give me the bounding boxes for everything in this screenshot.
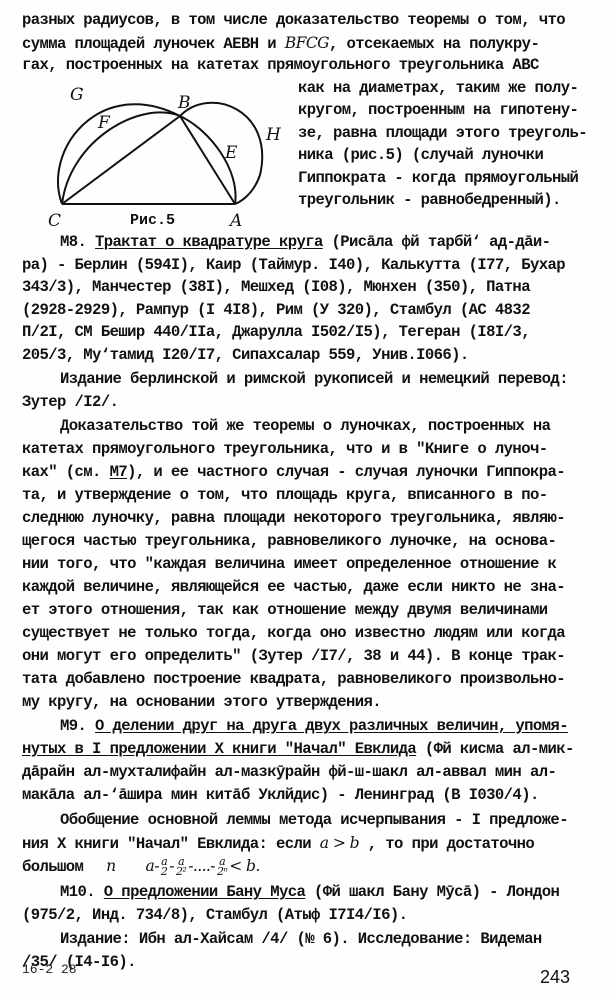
handwritten-label: BFCG bbox=[285, 34, 329, 52]
series-formula: a-a2-a2²-....-a2ⁿ< b. bbox=[146, 857, 260, 875]
label-g: G bbox=[70, 85, 84, 105]
entry-number: M10. bbox=[60, 883, 104, 901]
label-b: B bbox=[177, 93, 191, 113]
entry-m8-heading: M8. Трактат о квадратуре круга (Рисāла ф… bbox=[60, 232, 550, 252]
text-span: (Рисāла фй тарбй‘ ад-дāи- bbox=[323, 233, 551, 251]
text-span: (Фй шакл Бану Мӯсā) - Лондон bbox=[305, 883, 559, 901]
text-line: нии того, что "каждая величина имеет опр… bbox=[22, 554, 556, 574]
text-line: ния X книги "Начал" Евклида: если a > b … bbox=[22, 833, 534, 854]
entry-title-cont: нутых в I предложении X книги "Начал" Ев… bbox=[22, 740, 416, 758]
text-line: (975/2, Инд. 734/8), Стамбул (Атыф I7I4/… bbox=[22, 905, 407, 925]
text-line: Доказательство той же теоремы о луночках… bbox=[60, 416, 550, 436]
label-h: H bbox=[265, 125, 282, 145]
text-line: макāла ал-‘āшира мин китāб Уклйдис) - Ле… bbox=[22, 785, 539, 805]
text-span: , отсекаемых на полукру- bbox=[329, 35, 539, 53]
text-line: треугольник - равнобедренный). bbox=[298, 190, 561, 210]
text-line: катетах прямоугольного треугольника, что… bbox=[22, 439, 547, 459]
text-span: ), и ее частного случая - случая луночки… bbox=[127, 463, 565, 481]
cross-reference-m7: M7 bbox=[110, 463, 128, 481]
text-line: ках" (см. M7), и ее частного случая - сл… bbox=[22, 462, 565, 482]
printer-signature: 16-2 28 bbox=[22, 962, 77, 977]
text-line: как на диаметрах, таким же полу- bbox=[298, 78, 578, 98]
text-line: щегося частью треугольника, равновеликог… bbox=[22, 531, 556, 551]
label-e: E bbox=[224, 143, 238, 163]
text-span: (Фй кисма ал-мик- bbox=[416, 740, 574, 758]
text-line: 343/3), Манчестер (38I), Мешхед (I08), М… bbox=[22, 277, 530, 297]
text-line: разных радиусов, в том числе доказательс… bbox=[22, 10, 565, 30]
text-line: зе, равна площади этого треуголь- bbox=[298, 123, 587, 143]
text-line: 205/3, Му‘тамид I20/I7, Сипахсалар 559, … bbox=[22, 345, 469, 365]
text-line: существует не только тогда, когда оно из… bbox=[22, 623, 565, 643]
figure-caption: Рис.5 bbox=[130, 212, 175, 229]
text-line: они могут его определить" (Зутер /I7/, 3… bbox=[22, 646, 565, 666]
text-line: ра) - Берлин (594I), Каир (Таймур. I40),… bbox=[22, 255, 565, 275]
text-line: большом na-a2-a2²-....-a2ⁿ< b. bbox=[22, 856, 260, 877]
text-line: та, и утверждение о том, что площадь кру… bbox=[22, 485, 547, 505]
entry-title: О делении друг на друга двух различных в… bbox=[95, 717, 568, 735]
text-line: ника (рис.5) (случай луночки bbox=[298, 145, 543, 165]
entry-m9-heading: M9. О делении друг на друга двух различн… bbox=[60, 716, 568, 736]
figure-lunes-of-hippocrates: G F B H E C A Рис.5 bbox=[40, 80, 290, 230]
page-number: 243 bbox=[540, 967, 570, 988]
text-line: Издание берлинской и римской рукописей и… bbox=[60, 369, 568, 389]
text-line: (2928-2929), Рампур (I 4I8), Рим (У 320)… bbox=[22, 300, 530, 320]
text-line: Гиппократа - когда прямоугольный bbox=[298, 168, 578, 188]
text-line: му кругу, на основании этого утверждения… bbox=[22, 692, 381, 712]
text-span: ния X книги "Начал" Евклида: если bbox=[22, 835, 320, 853]
entry-title: Трактат о квадратуре круга bbox=[95, 233, 323, 251]
geometry-diagram: G F B H E C A Рис.5 bbox=[40, 80, 290, 230]
entry-title: О предложении Бану Муса bbox=[104, 883, 305, 901]
text-line: Издание: Ибн ал-Хайсам /4/ (№ 6). Исслед… bbox=[60, 929, 542, 949]
text-span: ках" (см. bbox=[22, 463, 110, 481]
inequality-formula: a > b bbox=[320, 834, 359, 852]
text-span: , то при достаточно bbox=[359, 835, 534, 853]
text-line: следнюю луночку, равна площади некоторог… bbox=[22, 508, 565, 528]
text-line: кругом, построенным на гипотену- bbox=[298, 100, 578, 120]
text-line: дāрайн ал-мухталифайн ал-мазкӯрайн фй-ш-… bbox=[22, 762, 556, 782]
text-line: сумма площадей луночек AEBH и BFCG, отсе… bbox=[22, 33, 539, 54]
text-line: ет этого отношения, так как отношение ме… bbox=[22, 600, 547, 620]
text-span: сумма площадей луночек AEBH и bbox=[22, 35, 285, 53]
text-span: большом bbox=[22, 858, 92, 876]
text-line: каждой величине, являющейся ее частью, д… bbox=[22, 577, 565, 597]
label-a: A bbox=[228, 211, 242, 230]
document-page: разных радиусов, в том числе доказательс… bbox=[0, 0, 616, 1000]
entry-number: M9. bbox=[60, 717, 95, 735]
text-line: П/2I, СМ Бешир 440/IIa, Джарулла I502/I5… bbox=[22, 322, 530, 342]
label-f: F bbox=[97, 113, 111, 133]
text-line: Обобщение основной леммы метода исчерпыв… bbox=[60, 810, 568, 830]
text-line: тата добавлено построение квадрата, равн… bbox=[22, 669, 565, 689]
text-line: нутых в I предложении X книги "Начал" Ев… bbox=[22, 739, 574, 759]
label-c: C bbox=[48, 211, 61, 230]
variable-n: n bbox=[106, 857, 115, 875]
entry-m10-heading: M10. О предложении Бану Муса (Фй шакл Ба… bbox=[60, 882, 559, 902]
text-line: Зутер /I2/. bbox=[22, 392, 118, 412]
entry-number: M8. bbox=[60, 233, 95, 251]
text-line: гах, построенных на катетах прямоугольно… bbox=[22, 55, 539, 75]
